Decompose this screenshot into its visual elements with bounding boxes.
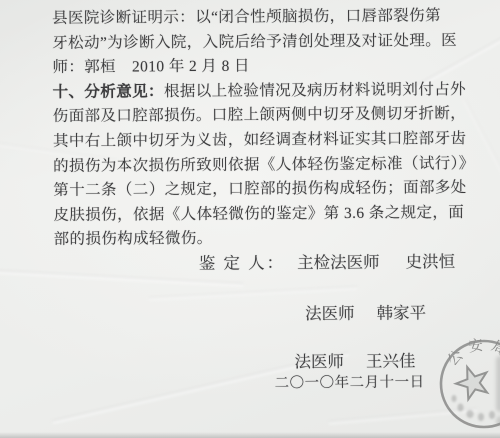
examiner-signature-line: 法医师王兴佳	[294, 347, 415, 372]
star-icon	[456, 367, 487, 399]
examiner-name: 王兴佳	[366, 351, 416, 370]
document-text-block: 县医院诊断证明示：以“闭合性颅脑损伤，口唇部裂伤第 牙松动”为诊断入院，入院后给…	[52, 4, 455, 427]
seal-smudge-column	[496, 356, 500, 426]
doc-line: 伤面部及口腔部损伤。口腔上颌两侧中切牙及侧切牙折断，	[53, 103, 453, 130]
paper-crease	[462, 98, 500, 206]
analysis-heading: 十、分析意见：	[53, 83, 164, 101]
doc-line: 县医院诊断证明示：以“闭合性颅脑损伤，口唇部裂伤第	[52, 4, 452, 31]
doc-line: 其中右上颌中切牙为义齿，如经调查材料证实其口腔部牙齿	[53, 127, 453, 154]
examiner-name: 韩家平	[377, 303, 427, 322]
examiner-signature-line: 法医师韩家平	[305, 299, 426, 324]
official-seal-stamp: 公安局	[424, 326, 500, 438]
examiner-title: 法医师	[305, 304, 355, 323]
doc-line: 皮肤损伤，依据《人体轻微伤的鉴定》第 3.6 条之规定，面	[53, 201, 453, 228]
examiner-title: 法医师	[294, 352, 344, 371]
doc-line: 牙松动”为诊断入院，入院后给予清创处理及对证处理。医	[52, 29, 452, 56]
chief-examiner-name: 史洪恒	[405, 252, 455, 271]
analysis-heading-rest: 根据以上检验情况及病历材料说明刘付占外	[164, 81, 466, 100]
doc-line: 第十二条（二）之规定，口腔部的损伤构成轻伤；面部多处	[53, 176, 453, 203]
chief-examiner-title: 主检法医师	[297, 253, 380, 273]
doc-line-physician-date: 师：郭桓 2010 年 2 月 8 日	[52, 53, 452, 80]
examiner-label: 鉴 定 人：	[199, 253, 285, 273]
analysis-opinion-line: 十、分析意见：根据以上检验情况及病历材料说明刘付占外	[53, 78, 453, 105]
examiner-signature-line: 鉴 定 人：主检法医师史洪恒	[199, 248, 455, 274]
doc-line: 的损伤为本次损伤所致则依据《人体轻伤鉴定标准（试行）》	[53, 152, 453, 179]
scanned-document-page: 县医院诊断证明示：以“闭合性颅脑损伤，口唇部裂伤第 牙松动”为诊断入院，入院后给…	[0, 0, 500, 438]
report-date: 二〇一〇年二月十一日	[275, 370, 425, 392]
